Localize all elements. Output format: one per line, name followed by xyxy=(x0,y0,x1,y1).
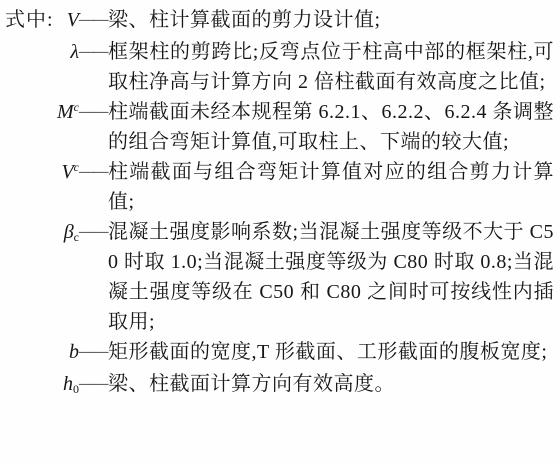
symbol-Vc: Vc xyxy=(61,157,79,187)
definition-text-beta-c: 混凝土强度影响系数;当混凝土强度等级不大于 C50 时取 1.0;当混凝土强度等… xyxy=(108,217,554,337)
definition-lead: b —— xyxy=(5,337,108,369)
scanned-document-page: 式中: V —— 梁、柱计算截面的剪力设计值; λ —— 框架柱的剪跨比;反弯点… xyxy=(0,0,560,462)
em-dash: —— xyxy=(79,37,108,67)
symbol-V: V xyxy=(67,5,79,35)
definition-row-Vc: Vc —— 柱端截面与组合弯矩计算值对应的组合剪力计算值; xyxy=(5,157,554,217)
definition-row-b: b —— 矩形截面的宽度,T 形截面、工形截面的腹板宽度; xyxy=(5,337,554,369)
em-dash: —— xyxy=(79,5,108,35)
definition-text-h0: 梁、柱截面计算方向有效高度。 xyxy=(108,369,554,399)
definition-text-Mc: 柱端截面未经本规程第 6.2.1、6.2.2、6.2.4 条调整的组合弯矩计算值… xyxy=(108,97,554,157)
definition-lead: h0 —— xyxy=(5,369,108,401)
formula-intro-label: 式中: xyxy=(5,5,54,35)
em-dash: —— xyxy=(79,369,108,399)
symbol-lambda: λ xyxy=(70,37,79,67)
definition-lead: Mc —— xyxy=(5,97,108,129)
symbol-beta-c: βc xyxy=(64,217,79,247)
definition-lead: βc —— xyxy=(5,217,108,249)
definition-row-Mc: Mc —— 柱端截面未经本规程第 6.2.1、6.2.2、6.2.4 条调整的组… xyxy=(5,97,554,157)
definition-lead: Vc —— xyxy=(5,157,108,189)
em-dash: —— xyxy=(79,97,108,127)
definition-row-V: 式中: V —— 梁、柱计算截面的剪力设计值; xyxy=(5,5,554,37)
definition-row-h0: h0 —— 梁、柱截面计算方向有效高度。 xyxy=(5,369,554,401)
em-dash: —— xyxy=(79,157,108,187)
definition-text-lambda: 框架柱的剪跨比;反弯点位于柱高中部的框架柱,可取柱净高与计算方向 2 倍柱截面有… xyxy=(108,37,554,97)
definition-text-V: 梁、柱计算截面的剪力设计值; xyxy=(108,5,554,35)
definition-text-b: 矩形截面的宽度,T 形截面、工形截面的腹板宽度; xyxy=(108,337,554,367)
definition-lead: 式中: V —— xyxy=(5,5,108,37)
em-dash: —— xyxy=(79,337,108,367)
symbol-Mc: Mc xyxy=(57,97,79,127)
definition-lead: λ —— xyxy=(5,37,108,69)
definition-row-lambda: λ —— 框架柱的剪跨比;反弯点位于柱高中部的框架柱,可取柱净高与计算方向 2 … xyxy=(5,37,554,97)
definition-row-beta-c: βc —— 混凝土强度影响系数;当混凝土强度等级不大于 C50 时取 1.0;当… xyxy=(5,217,554,337)
em-dash: —— xyxy=(79,217,108,247)
symbol-h0: h0 xyxy=(63,369,79,399)
definition-text-Vc: 柱端截面与组合弯矩计算值对应的组合剪力计算值; xyxy=(108,157,554,217)
symbol-b: b xyxy=(69,337,79,367)
